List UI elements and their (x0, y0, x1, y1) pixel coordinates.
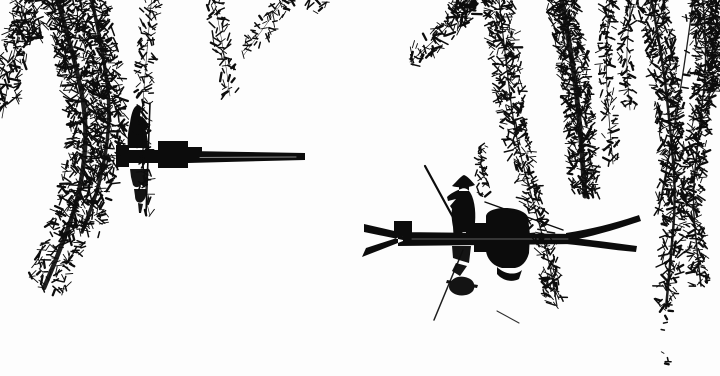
left-hull-streak (200, 157, 296, 158)
willow-right-b-dense (545, 0, 600, 199)
willow-left-edge (0, 0, 49, 118)
willow-right-c (595, 0, 620, 166)
ink-painting-canvas (0, 0, 720, 376)
willow-right-e (637, 0, 690, 312)
willow-bit-tail-leaves (661, 322, 671, 361)
willow-left-main-a (29, 0, 110, 295)
willow-bit-above-cabin-leaves (475, 143, 489, 196)
willow-bit-tail (661, 311, 673, 365)
scene-svg (0, 0, 720, 376)
right-boat-scene (362, 166, 641, 323)
right-fisherman-reflection (446, 246, 478, 295)
willow-left-edge-leaves (0, 0, 43, 116)
willow-mid-sparse-a (242, 0, 329, 59)
right-cabin (474, 208, 530, 281)
willow-left-sparse-b (207, 0, 239, 99)
willow-mid-sparse-b (409, 0, 482, 66)
willow-right-d-leaves (617, 0, 635, 109)
willow-bit-tail-leaves (661, 352, 664, 354)
water-crack (497, 311, 519, 323)
willow-bit-above-cabin (475, 143, 491, 196)
willow-bit-tail-leaves (665, 311, 673, 365)
willow-right-d (617, 0, 636, 110)
willow-right-c-leaves (595, 0, 620, 161)
